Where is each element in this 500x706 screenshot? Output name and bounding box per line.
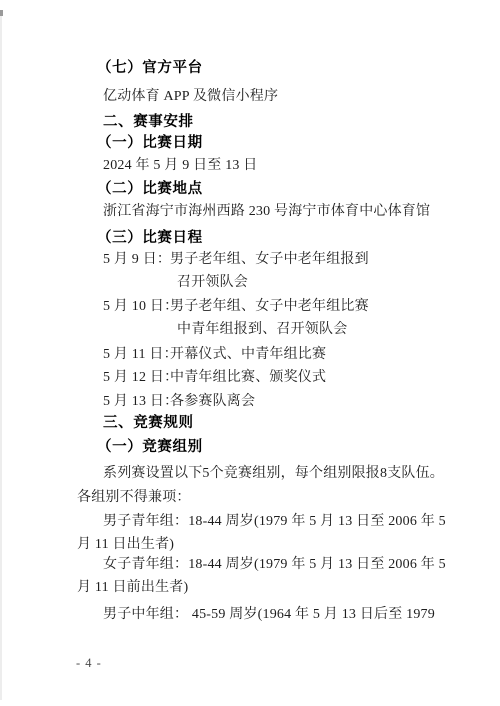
schedule-desc: 各参赛队离会 (170, 394, 255, 409)
group-rule-women-youth-cont: 月 11 日前出生者) (77, 578, 188, 598)
paragraph-official-platform: 亿动体育 APP 及微信小程序 (103, 87, 278, 107)
group-rule-men-middle: 男子中年组： 45-59 周岁(1964 年 5 月 13 日后至 1979 (103, 605, 435, 625)
paragraph-groups-intro: 各组别不得兼项： (77, 488, 191, 508)
document-page: （七）官方平台 亿动体育 APP 及微信小程序 二、赛事安排 （一）比赛日期 2… (0, 0, 500, 706)
schedule-row: 中青年组报到、召开领队会 (103, 320, 347, 340)
group-rule-men-youth: 男子青年组：18-44 周岁(1979 年 5 月 13 日至 2006 年 5 (103, 512, 446, 532)
group-rule-women-youth: 女子青年组：18-44 周岁(1979 年 5 月 13 日至 2006 年 5 (103, 555, 446, 575)
group-rule-men-youth-cont: 月 11 日出生者) (77, 535, 174, 555)
schedule-desc: 男子老年组、女子中老年组比赛 (170, 299, 369, 314)
schedule-row: 召开领队会 (103, 273, 248, 293)
schedule-row: 5 月 9 日：男子老年组、女子中老年组报到 (103, 250, 369, 270)
heading-competition-date: （一）比赛日期 (97, 133, 203, 153)
schedule-date: 5 月 11 日： (103, 345, 170, 365)
schedule-date: 5 月 13 日： (103, 392, 170, 412)
schedule-date: 5 月 10 日： (103, 297, 170, 317)
paragraph-competition-date: 2024 年 5 月 9 日至 13 日 (103, 156, 258, 176)
schedule-desc: 开幕仪式、中青年组比赛 (170, 347, 326, 362)
schedule-date: 5 月 9 日： (103, 250, 170, 270)
schedule-row: 5 月 12 日：中青年组比赛、颁奖仪式 (103, 368, 326, 388)
scan-edge-artifact (0, 10, 2, 700)
scan-edge-notch (0, 10, 3, 16)
paragraph-groups-intro: 系列赛设置以下5个竞赛组别，每个组别限报8支队伍。 (103, 464, 444, 484)
heading-event-arrangement: 二、赛事安排 (103, 112, 194, 132)
heading-competition-venue: （二）比赛地点 (97, 179, 203, 199)
schedule-row: 5 月 10 日：男子老年组、女子中老年组比赛 (103, 297, 369, 317)
heading-competition-schedule: （三）比赛日程 (97, 228, 203, 248)
schedule-desc: 召开领队会 (177, 275, 248, 290)
schedule-row: 5 月 11 日：开幕仪式、中青年组比赛 (103, 345, 326, 365)
page-number: - 4 - (76, 654, 102, 672)
paragraph-competition-venue: 浙江省海宁市海州西路 230 号海宁市体育中心体育馆 (103, 202, 430, 222)
schedule-row: 5 月 13 日：各参赛队离会 (103, 392, 255, 412)
heading-competition-groups: （一）竞赛组别 (97, 437, 203, 457)
schedule-desc: 中青年组报到、召开领队会 (177, 322, 347, 337)
heading-competition-rules: 三、竞赛规则 (103, 413, 194, 433)
schedule-desc: 中青年组比赛、颁奖仪式 (170, 370, 326, 385)
schedule-date: 5 月 12 日： (103, 368, 170, 388)
heading-official-platform: （七）官方平台 (97, 58, 203, 78)
schedule-desc: 男子老年组、女子中老年组报到 (170, 252, 369, 267)
